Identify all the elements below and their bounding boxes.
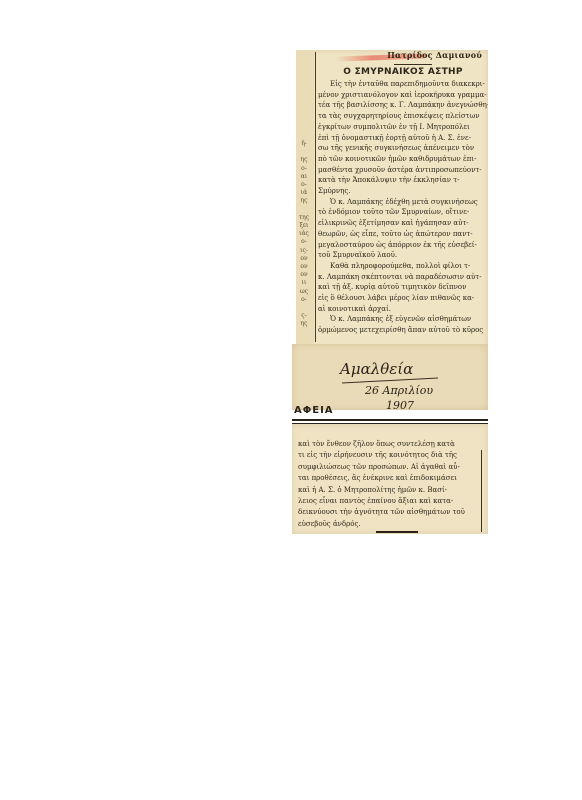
text-line: Εἰς τὴν ἐνταῦθα παρεπιδημοῦντα διακεκρι-: [318, 79, 488, 90]
column-rule: [315, 52, 316, 342]
article-paragraph: Καθὰ πληροφορούμεθα, πολλοὶ φίλοι τ-κ. Λ…: [318, 261, 488, 315]
text-line: Ὁ κ. Λαμπάκης ἐξ εὐγενῶν αἰσθημάτων: [318, 314, 488, 325]
text-line: μεγαλοσταύρου ὡς ἀπόρριον ἐκ τῆς εὐσεβεί…: [318, 240, 488, 251]
margin-fragment-line: ον: [297, 263, 311, 271]
text-line: Ὁ κ. Λαμπάκης ἐδέχθη μετὰ συγκινήσεως: [318, 197, 488, 208]
margin-fragment-line: ο-: [297, 296, 311, 304]
margin-fragment-line: ς-: [297, 312, 311, 320]
text-line: καὶ τὸν ἔνθεον ζῆλον ὅπως συντελέσῃ κατὰ: [298, 439, 480, 450]
text-line: αἱ κοινοτικαὶ ἀρχαί.: [318, 304, 488, 315]
margin-fragment-line: ἡ-: [297, 140, 311, 148]
margin-fragment-line: ης: [297, 156, 311, 164]
text-line: τι εἰς τὴν εἰρήνευσιν τῆς κοινότητος διὰ…: [298, 450, 480, 461]
text-line: καὶ τῇ ἀξ. κυρίᾳ αὐτοῦ τιμητικὸν δεῖπνον: [318, 282, 488, 293]
text-line: ὁρμώμενος μετεχειρίσθη ἅπαν αὐτοῦ τὸ κῦρ…: [318, 325, 488, 336]
text-line: εὐσεβοῦς ἀνδρός.: [298, 519, 480, 530]
masthead-fragment: Πατρίδος Δαμιανού: [387, 50, 482, 60]
text-line: ἐγκρίτων συμπολιτῶν ἐν τῇ Ι. Μητροπόλει: [318, 122, 488, 133]
text-line: εἰς ὃ θέλουσι λάβει μέρος λίαν πιθανῶς κ…: [318, 293, 488, 304]
text-line: τοῦ Σμυρναϊκοῦ λαοῦ.: [318, 250, 488, 261]
masthead-strip: Πατρίδος Δαμιανού: [316, 50, 488, 64]
article-body-upper: Εἰς τὴν ἐνταῦθα παρεπιδημοῦντα διακεκρι-…: [318, 79, 488, 336]
handwritten-date: 26 Απριλίου: [365, 384, 433, 397]
text-line: δεικνύουσι τὴν ἀγνότητα τῶν αἰσθημάτων τ…: [298, 507, 480, 518]
text-line: Σμύρνης.: [318, 186, 488, 197]
margin-fragment-line: [297, 148, 311, 156]
text-line: πὸ τῶν κοινοτικῶν ἡμῶν καθιδρυμάτων ἐπι-: [318, 154, 488, 165]
margin-fragment-line: ιι: [297, 279, 311, 287]
text-line: μένον χριστιανόλογον καὶ ἱεροκήρυκα γραμ…: [318, 90, 488, 101]
margin-fragment-line: ον: [297, 271, 311, 279]
banner-rule-thin: [292, 423, 488, 424]
margin-fragment-line: [297, 206, 311, 214]
masthead-rule: [394, 64, 432, 65]
article-paragraph: Εἰς τὴν ἐνταῦθα παρεπιδημοῦντα διακεκρι-…: [318, 79, 488, 197]
section-label: ΑΦΕΙΑ: [294, 405, 334, 416]
text-line: τέα τῆς βασιλίσσης κ. Γ. Λαμπάκην ἀνεγνώ…: [318, 100, 488, 111]
article-upper: Ο ΣΜΥΡΝΑΙΚΟΣ ΑΣΤΗΡ Εἰς τὴν ἐνταῦθα παρεπ…: [318, 67, 488, 336]
text-line: καὶ ἡ Α. Σ. ὁ Μητροπολίτης ἡμῶν κ. Βασί-: [298, 485, 480, 496]
text-line: συμφιλιώσεως τῶν προσώπων. Αἱ ἀγαθαὶ αὗ-: [298, 462, 480, 473]
banner-rule: [292, 419, 488, 421]
text-line: τα τὰς συγχαρητηρίους ἐπισκέψεις πλείστω…: [318, 111, 488, 122]
text-line: τὸ ἐνδόμιον τοῦτο τῶν Σμυρναίων, οἵτινε-: [318, 207, 488, 218]
margin-fragment-line: ιάς: [297, 230, 311, 238]
margin-fragment-line: ο-: [297, 165, 311, 173]
text-line: λειος εἶναι παντὸς ἐπαίνου ἄξιαι καὶ κατ…: [298, 496, 480, 507]
margin-fragment-line: ο-: [297, 181, 311, 189]
margin-fragment-line: ο-: [297, 238, 311, 246]
margin-fragment-line: [297, 304, 311, 312]
article-headline: Ο ΣΜΥΡΝΑΙΚΟΣ ΑΣΤΗΡ: [318, 67, 488, 77]
margin-fragment-line: ης: [297, 197, 311, 205]
section-banner: ΑΦΕΙΑ: [292, 404, 488, 420]
margin-fragment-line: ξει: [297, 222, 311, 230]
article-end-rule: [376, 531, 418, 533]
text-line: θεωρῶν, ὡς εἶπε, τοῦτο ὡς ἀπώτερον παντ-: [318, 229, 488, 240]
text-line: μασθέντα χρυσοῦν ἀστέρα ἀντιπροσωπεύοντ-: [318, 165, 488, 176]
text-line: κ. Λαμπάκη σκέπτονται νὰ παραδέσωσιν αὐτ…: [318, 272, 488, 283]
article-paragraph: Ὁ κ. Λαμπάκης ἐδέχθη μετὰ συγκινήσεωςτὸ …: [318, 197, 488, 261]
text-line: ται προθέσεις, ἃς ἐνέκρινε καὶ ἐπιδοκιμά…: [298, 473, 480, 484]
margin-fragment-line: ιά: [297, 189, 311, 197]
margin-fragment-line: ως: [297, 288, 311, 296]
text-line: εἰλικρινῶς ἐξετίμησαν καὶ ἠγάπησαν αὐτ-: [318, 218, 488, 229]
margin-fragment-line: ις-: [297, 247, 311, 255]
text-line: κατὰ τὴν Ἀποκάλυψιν τὴν ἐκκλησίαν τ-: [318, 175, 488, 186]
handwritten-source: Αμαλθεία: [340, 360, 413, 378]
margin-fragment-line: ης: [297, 320, 311, 328]
text-line: Καθὰ πληροφορούμεθα, πολλοὶ φίλοι τ-: [318, 261, 488, 272]
text-line: σω τῆς γενικῆς συγκινήσεως ἀπένειμεν τὸν: [318, 143, 488, 154]
text-line: ἐπὶ τῇ ὀνομαστικῇ ἑορτῇ αὐτοῦ ἡ Α. Σ. ἐν…: [318, 133, 488, 144]
column-rule-right: [481, 450, 482, 532]
article-paragraph: Ὁ κ. Λαμπάκης ἐξ εὐγενῶν αἰσθημάτωνὁρμώμ…: [318, 314, 488, 335]
margin-fragment-line: ον: [297, 255, 311, 263]
article-lower: καὶ τὸν ἔνθεον ζῆλον ὅπως συντελέσῃ κατὰ…: [298, 439, 480, 530]
article-body-lower: καὶ τὸν ἔνθεον ζῆλον ὅπως συντελέσῃ κατὰ…: [298, 439, 480, 530]
margin-fragment-line: αι: [297, 173, 311, 181]
margin-fragment-line: της: [297, 214, 311, 222]
adjacent-column-text: ἡ- ηςο-αιο-ιάης τηςξειιάςο-ις-ονονονιιως…: [297, 140, 311, 329]
